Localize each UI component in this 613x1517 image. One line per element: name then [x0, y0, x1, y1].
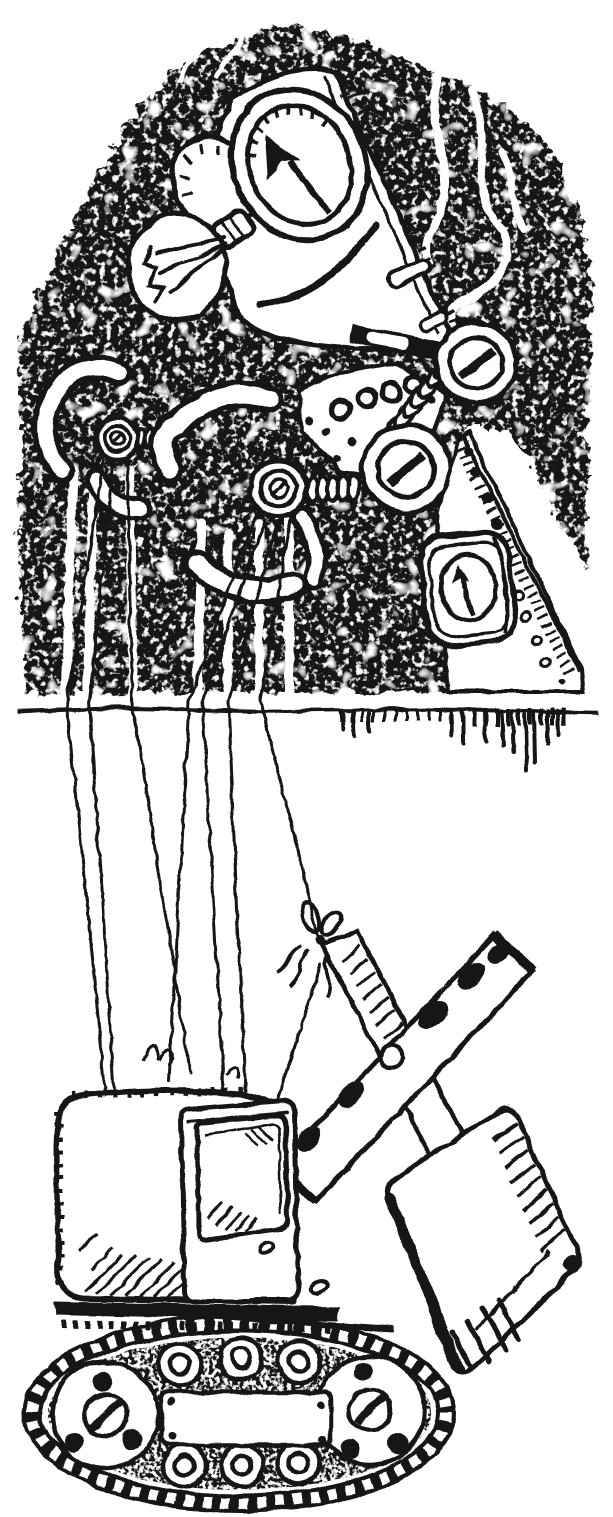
robot-puppeteer-illustration: 4 5	[0, 0, 613, 1517]
screw-wheel-upper	[435, 322, 515, 402]
fringe	[338, 710, 570, 770]
cab-door	[180, 1100, 297, 1300]
track-plate	[160, 1391, 330, 1444]
drive-wheel-left	[51, 1361, 157, 1467]
illustration-page: 4 5	[0, 0, 613, 1517]
base-slot	[309, 1279, 327, 1294]
crawler-track	[31, 1322, 445, 1502]
screw-wheel-lower	[361, 424, 449, 512]
cab-window	[196, 1114, 287, 1238]
mini-gauge	[417, 529, 516, 648]
shovel-bucket	[385, 1108, 581, 1372]
